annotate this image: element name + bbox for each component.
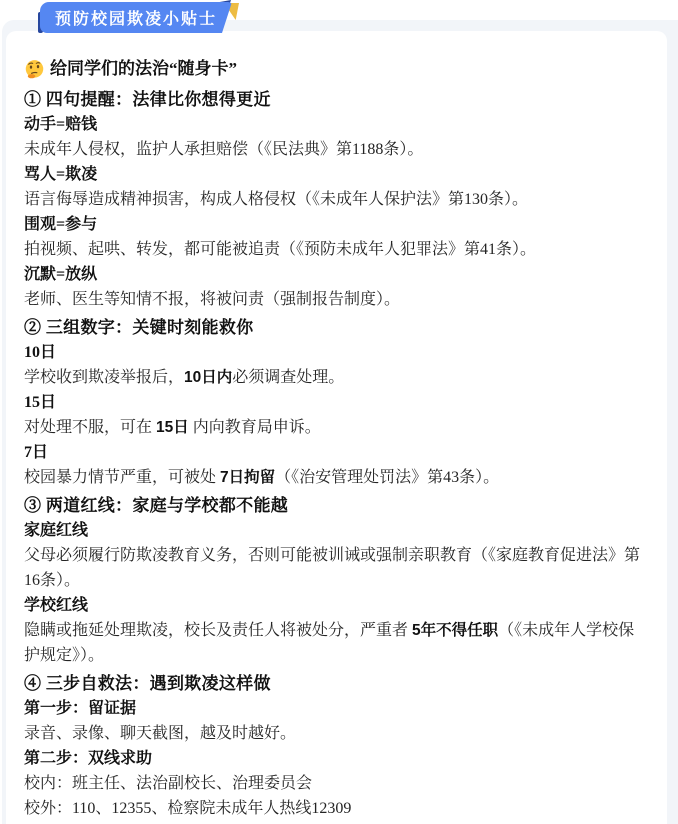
section-1-heading: ① 四句提醒：法律比你想得更近 [24, 87, 647, 112]
card-content: ① 四句提醒：法律比你想得更近动手=赔钱未成年人侵权，监护人承担赔偿（《民法典》… [24, 87, 647, 821]
item-text-segment: 必须调查处理。 [232, 369, 344, 386]
item-text: 老师、医生等知情不报，将被问责（强制报告制度）。 [24, 287, 647, 312]
item-text: 未成年人侵权，监护人承担赔偿（《民法典》第1188条）。 [24, 137, 647, 162]
item-label: 10日 [24, 340, 647, 365]
item-text: 录音、录像、聊天截图，越及时越好。 [24, 721, 647, 746]
item-text: 校园暴力情节严重，可被处 7日拘留（《治安管理处罚法》第43条）。 [24, 465, 647, 490]
item-text: 校外：110、12355、检察院未成年人热线12309 [24, 796, 647, 821]
item-text-segment: 语言侮辱造成精神损害，构成人格侵权（《未成年人保护法》第130条）。 [24, 191, 528, 208]
item-text: 对处理不服，可在 15日 内向教育局申诉。 [24, 415, 647, 440]
item-text: 学校收到欺凌举报后，10日内必须调查处理。 [24, 365, 647, 390]
item-text-segment: 校外：110、12355、检察院未成年人热线12309 [24, 800, 351, 817]
card-title: 给同学们的法治“随身卡” [24, 54, 647, 84]
item-text-segment: （《治安管理处罚法》第43条）。 [275, 469, 499, 486]
item-text-segment: 内向教育局申诉。 [189, 419, 321, 436]
item-label: 学校红线 [24, 593, 647, 618]
item-text-bold-segment: 10日内 [184, 369, 232, 386]
page: 给同学们的法治“随身卡” ① 四句提醒：法律比你想得更近动手=赔钱未成年人侵权，… [0, 0, 678, 824]
item-text-segment: 校园暴力情节严重，可被处 [24, 469, 220, 486]
card-title-text: 给同学们的法治“随身卡” [50, 54, 237, 84]
item-label: 7日 [24, 440, 647, 465]
item-label: 沉默=放纵 [24, 262, 647, 287]
tip-card: 给同学们的法治“随身卡” ① 四句提醒：法律比你想得更近动手=赔钱未成年人侵权，… [6, 31, 667, 824]
item-label: 动手=赔钱 [24, 112, 647, 137]
item-text: 父母必须履行防欺凌教育义务，否则可能被训诫或强制亲职教育（《家庭教育促进法》第1… [24, 543, 647, 593]
item-text-segment: 老师、医生等知情不报，将被问责（强制报告制度）。 [24, 291, 400, 308]
item-text-segment: 学校收到欺凌举报后， [24, 369, 184, 386]
item-text-bold-segment: 15日 [156, 419, 189, 436]
item-text-segment: 父母必须履行防欺凌教育义务，否则可能被训诫或强制亲职教育（《家庭教育促进法》第1… [24, 547, 640, 589]
item-text: 校内：班主任、法治副校长、治理委员会 [24, 771, 647, 796]
item-text-segment: 对处理不服，可在 [24, 419, 156, 436]
header-ribbon: 预防校园欺凌小贴士 [40, 2, 240, 33]
item-label: 家庭红线 [24, 518, 647, 543]
section-4-heading: ④ 三步自救法：遇到欺凌这样做 [24, 671, 647, 696]
ribbon-label: 预防校园欺凌小贴士 [55, 6, 217, 29]
section-3-heading: ③ 两道红线：家庭与学校都不能越 [24, 493, 647, 518]
ribbon-body: 预防校园欺凌小贴士 [40, 2, 232, 33]
item-label: 第一步：留证据 [24, 696, 647, 721]
item-text: 拍视频、起哄、转发，都可能被追责（《预防未成年人犯罪法》第41条）。 [24, 237, 647, 262]
item-text-segment: 校内：班主任、法治副校长、治理委员会 [24, 775, 312, 792]
item-text: 隐瞒或拖延处理欺凌，校长及责任人将被处分，严重者 5年不得任职（《未成年人学校保… [24, 618, 647, 668]
section-2-heading: ② 三组数字：关键时刻能救你 [24, 315, 647, 340]
item-label: 第二步：双线求助 [24, 746, 647, 771]
item-text-segment: 拍视频、起哄、转发，都可能被追责（《预防未成年人犯罪法》第41条）。 [24, 241, 536, 258]
item-text: 语言侮辱造成精神损害，构成人格侵权（《未成年人保护法》第130条）。 [24, 187, 647, 212]
item-label: 15日 [24, 390, 647, 415]
item-label: 骂人=欺凌 [24, 162, 647, 187]
item-text-segment: 隐瞒或拖延处理欺凌，校长及责任人将被处分，严重者 [24, 622, 412, 639]
item-text-segment: 录音、录像、聊天截图，越及时越好。 [24, 725, 296, 742]
item-label: 围观=参与 [24, 212, 647, 237]
item-text-segment: 未成年人侵权，监护人承担赔偿（《民法典》第1188条）。 [24, 141, 423, 158]
thinking-face-emoji [24, 59, 45, 80]
item-text-bold-segment: 7日拘留 [220, 469, 275, 486]
item-text-bold-segment: 5年不得任职 [412, 622, 498, 639]
